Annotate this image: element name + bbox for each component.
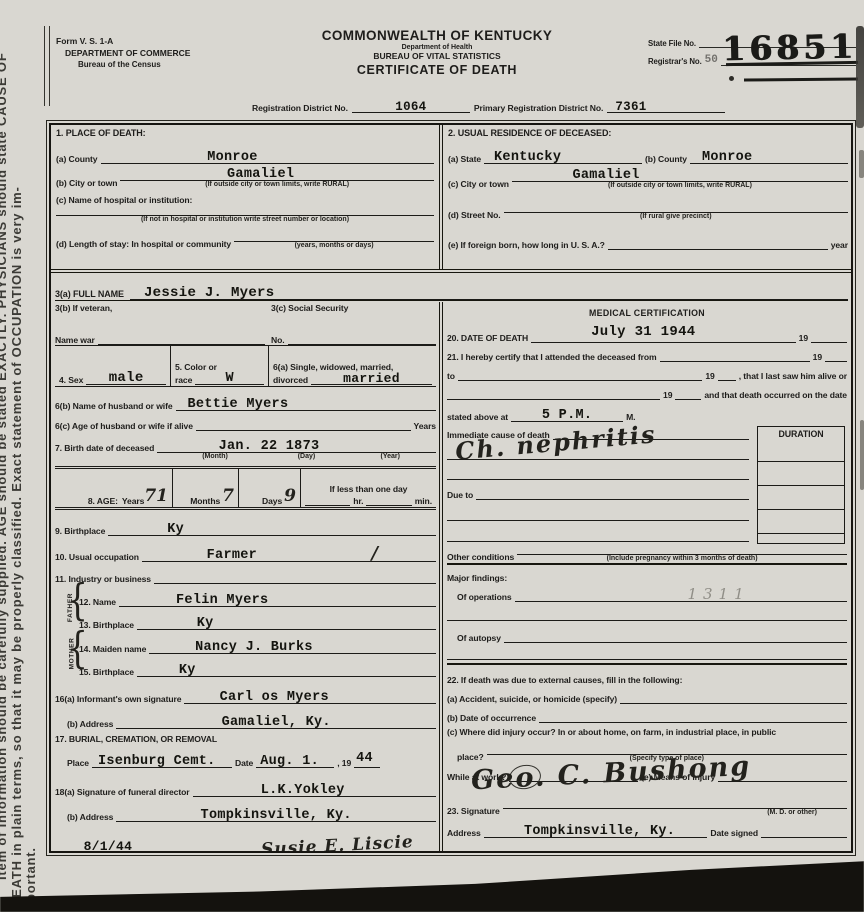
birth-date-label: 7. Birth date of deceased <box>55 443 154 453</box>
city-label: (b) City or town <box>56 178 117 188</box>
physician-address-row: Address Tompkinsville, Ky. Date signed <box>447 816 847 838</box>
age-days-value: 9 <box>284 486 296 506</box>
physician-sig-hint: (M. D. or other) <box>503 809 847 816</box>
veteran-line <box>98 336 265 345</box>
informant-addr-label: (b) Address <box>67 719 113 729</box>
city-row: (b) City or town Gamaliel (If outside ci… <box>56 164 434 188</box>
street-row: (d) Street No. (If rural give precinct) <box>448 189 848 220</box>
spouse-age-line <box>196 422 411 431</box>
burial-place-value: Isenburg Cemt. <box>98 754 216 769</box>
margin-note-line3: portant. <box>23 847 38 902</box>
stay-label: (d) Length of stay: In hospital or commu… <box>56 239 231 249</box>
cause-line-3 <box>447 460 749 480</box>
res-city-value: Gamaliel <box>572 168 639 183</box>
external-a-row: (a) Accident, suicide, or homicide (spec… <box>447 685 847 704</box>
foreign-suffix: year <box>831 240 848 250</box>
date-of-death-value: July 31 1944 <box>591 324 695 340</box>
duration-line-1 <box>758 461 844 462</box>
occupation-line: Farmer / <box>142 553 436 562</box>
hospital-label: (c) Name of hospital or institution: <box>56 188 434 205</box>
due-to-line-3 <box>447 521 749 542</box>
birthplace-line: Ky <box>108 527 436 536</box>
time-of-death-line: 5 P.M. <box>511 413 623 422</box>
informant-address-row: (b) Address Gamaliel, Ky. <box>55 704 436 729</box>
reg-district-line: 1064 <box>352 98 470 113</box>
medical-divider-1 <box>447 563 847 567</box>
scan-artifact-right-2 <box>860 420 864 490</box>
autopsy-label: Of autopsy <box>457 633 501 643</box>
due-to-label: Due to <box>447 490 473 500</box>
sex-line: male <box>86 376 166 385</box>
commonwealth-title: COMMONWEALTH OF KENTUCKY <box>292 28 582 43</box>
medical-divider-2 <box>447 663 847 667</box>
registrar-label: 19(a) <box>55 850 75 851</box>
race-label-1: 5. Color or <box>175 362 264 372</box>
physician-addr-value: Tompkinsville, Ky. <box>524 824 675 839</box>
ink-dot <box>729 76 734 81</box>
street-label: (d) Street No. <box>448 210 501 220</box>
res-city-label: (c) City or town <box>448 179 509 189</box>
scan-artifact-top-right <box>856 26 864 128</box>
industry-row: 11. Industry or business <box>55 562 436 584</box>
other-conditions-row: Other conditions (Include pregnancy with… <box>447 544 847 562</box>
major-findings-block: Major findings: Of operations 1311 <box>447 568 847 622</box>
burial-year-line: 44 <box>354 759 380 768</box>
bureau-name: Bureau of the Census <box>78 60 190 69</box>
age-years-value: 71 <box>144 486 168 506</box>
date-of-death-suffix-line <box>811 334 847 343</box>
form-inner-border: 1. PLACE OF DEATH: (a) County Monroe (b)… <box>49 123 853 853</box>
street-hint: (If rural give precinct) <box>504 213 848 220</box>
res-county-value: Monroe <box>702 150 752 165</box>
reg-district-value: 1064 <box>395 100 426 114</box>
mother-name-line: Nancy J. Burks <box>149 645 436 654</box>
physician-addr-label: Address <box>447 828 481 838</box>
race-line: W <box>195 376 264 385</box>
director-value: L.K.Yokley <box>261 783 345 798</box>
occupation-stray-mark: / <box>371 543 378 564</box>
date-signed-label: Date signed <box>710 828 758 838</box>
right-column: MEDICAL CERTIFICATION 20. DATE OF DEATH … <box>447 303 847 851</box>
director-addr-line: Tompkinsville, Ky. <box>116 813 436 822</box>
section-divider-rule <box>51 269 851 273</box>
veteran-label: 3(b) If veteran, <box>55 303 265 313</box>
res-state-value: Kentucky <box>494 150 561 165</box>
foreign-line <box>608 241 828 250</box>
date-of-death-row: 20. DATE OF DEATH July 31 1944 19 <box>447 323 847 343</box>
burial-year-value: 44 <box>356 751 373 766</box>
mother-name-value: Nancy J. Burks <box>195 640 313 655</box>
res-city-hint: (If outside city or town limits, write R… <box>512 182 848 189</box>
res-state-label: (a) State <box>448 154 481 164</box>
autopsy-line-2 <box>447 643 847 660</box>
physician-sig-label: 23. Signature <box>447 806 500 816</box>
full-name-line: Jessie J. Myers <box>130 291 848 300</box>
scan-artifact-bottom <box>0 858 864 912</box>
registrar-signature-line: Susie E. Liscie <box>246 844 436 851</box>
place-of-death-title: 1. PLACE OF DEATH: <box>56 128 434 143</box>
certify-3-rest: and that death occurred on the date <box>704 390 847 400</box>
due-to-line-1 <box>476 491 749 500</box>
father-birthplace-row: 13. Birthplace Ky <box>79 607 436 630</box>
res-city-row: (c) City or town Gamaliel (If outside ci… <box>448 164 848 189</box>
registration-district-row: Registration District No. 1064 Primary R… <box>252 98 817 113</box>
medical-cert-title-row: MEDICAL CERTIFICATION <box>447 303 847 323</box>
place-of-death-section: 1. PLACE OF DEATH: (a) County Monroe (b)… <box>56 128 434 249</box>
ss-line-label: No. <box>271 335 285 345</box>
due-to-line-2 <box>447 500 749 521</box>
external-c-label-2: place? <box>457 752 484 762</box>
duration-line-3 <box>758 509 844 510</box>
external-b-row: (b) Date of occurrence <box>447 704 847 723</box>
marital-line: married <box>311 376 432 385</box>
age-hr-line <box>305 497 350 506</box>
certify-1-line <box>660 353 810 362</box>
column-divider-top <box>439 125 443 269</box>
date-received-value: 8/1/44 <box>84 839 133 851</box>
birth-date-value: Jan. 22 1873 <box>219 439 320 454</box>
veteran-ss-row: 3(b) If veteran, Name war 3(c) Social Se… <box>55 303 436 346</box>
physician-signature-row: 23. Signature (M. D. or other) Geo. C. B… <box>447 782 847 816</box>
operations-line: 1311 <box>515 593 847 602</box>
stamp-underline-2 <box>744 78 858 82</box>
registrar-signature: Susie E. Liscie <box>261 832 415 851</box>
spouse-line: Bettie Myers <box>176 402 436 411</box>
age-min-line <box>366 497 411 506</box>
external-c-label-1: (c) Where did injury occur? In or about … <box>447 723 847 737</box>
age-row: 8. AGE: Years 71 Months 7 Days 9 If less… <box>55 469 436 510</box>
informant-row: 16(a) Informant's own signature Carl os … <box>55 678 436 704</box>
funeral-director-row: 18(a) Signature of funeral director L.K.… <box>55 773 436 797</box>
certify-3-prefix-line <box>675 391 701 400</box>
certify-2-suffix: 19 <box>705 371 714 381</box>
street-line <box>504 204 848 213</box>
scan-artifact-right-1 <box>859 150 864 178</box>
duration-line-2 <box>758 485 844 486</box>
form-number: Form V. S. 1-A <box>56 36 190 46</box>
occupation-value: Farmer <box>207 548 257 563</box>
mother-bp-value: Ky <box>179 663 196 678</box>
duration-label: DURATION <box>758 429 844 439</box>
certify-3-line <box>447 391 660 400</box>
full-name-value: Jessie J. Myers <box>144 285 275 301</box>
column-divider-main <box>439 302 443 851</box>
birth-date-row: 7. Birth date of deceased Jan. 22 1873 (… <box>55 431 436 469</box>
certify-row-1: 21. I hereby certify that I attended the… <box>447 343 847 362</box>
form-id-block: Form V. S. 1-A DEPARTMENT OF COMMERCE Bu… <box>56 36 190 69</box>
occupation-label: 10. Usual occupation <box>55 552 139 562</box>
primary-district-line: 7361 <box>607 98 725 113</box>
medical-cert-title: MEDICAL CERTIFICATION <box>589 308 705 318</box>
stay-hint: (years, months or days) <box>234 242 434 249</box>
full-name-row: 3(a) FULL NAME Jessie J. Myers <box>55 275 848 301</box>
city-line: Gamaliel <box>120 172 434 181</box>
burial-place-line: Isenburg Cemt. <box>92 759 232 768</box>
age-years-label: Years <box>122 496 144 506</box>
certify-4-label: stated above at <box>447 412 508 422</box>
registrar-row: 19(a) 8/1/44 (Date received by local reg… <box>55 822 436 851</box>
county-value: Monroe <box>207 150 257 165</box>
city-hint: (If outside city or town limits, write R… <box>120 181 434 188</box>
industry-line <box>154 575 436 584</box>
external-causes-title: 22. If death was due to external causes,… <box>447 668 847 685</box>
full-name-label: 3(a) FULL NAME <box>55 289 124 299</box>
informant-addr-line: Gamaliel, Ky. <box>116 720 436 729</box>
date-of-death-label: 20. DATE OF DEATH <box>447 333 528 343</box>
certify-1-suffix-line <box>825 353 847 362</box>
external-c-line <box>487 746 847 755</box>
birth-hint-day: (Day) <box>298 453 316 460</box>
physician-signature-line <box>503 800 847 809</box>
certify-2-suffix-line <box>718 372 736 381</box>
operations-label: Of operations <box>457 592 512 602</box>
title-block: COMMONWEALTH OF KENTUCKY Department of H… <box>292 28 582 77</box>
county-line: Monroe <box>101 155 435 164</box>
certify-2-rest: , that I last saw him alive or <box>739 371 847 381</box>
father-bp-value: Ky <box>197 616 214 631</box>
primary-district-value: 7361 <box>615 100 646 114</box>
reg-district-label: Registration District No. <box>252 103 348 113</box>
birthplace-label: 9. Birthplace <box>55 526 105 536</box>
state-county-row: (a) State Kentucky (b) County Monroe <box>448 143 848 164</box>
father-name-line: Felin Myers <box>119 598 436 607</box>
date-of-death-suffix: 19 <box>799 333 808 343</box>
residence-section: 2. USUAL RESIDENCE OF DECEASED: (a) Stat… <box>448 128 848 250</box>
spouse-value: Bettie Myers <box>188 397 289 412</box>
director-addr-value: Tompkinsville, Ky. <box>201 808 352 823</box>
sex-race-marital-row: 4. Sexmale 5. Color or raceW 6(a) Single… <box>55 346 436 387</box>
parents-block: FATHER { MOTHER { 12. Name Felin Myers 1… <box>55 584 436 678</box>
major-findings-label: Major findings: <box>447 568 847 583</box>
father-bp-line: Ky <box>137 621 436 630</box>
burial-title: 17. BURIAL, CREMATION, OR REMOVAL <box>55 729 436 744</box>
operations-line-2 <box>447 602 847 621</box>
certify-2-line <box>458 372 702 381</box>
registrar-b-label: (b) <box>233 850 244 851</box>
other-conditions-hint: (Include pregnancy within 3 months of de… <box>517 555 847 562</box>
father-name-row: 12. Name Felin Myers <box>79 584 436 607</box>
birthplace-value: Ky <box>167 522 184 537</box>
race-label-2: race <box>175 375 192 385</box>
res-city-line: Gamaliel <box>512 173 848 182</box>
primary-district-label: Primary Registration District No. <box>474 103 603 113</box>
form-outer-border: 1. PLACE OF DEATH: (a) County Monroe (b)… <box>46 120 856 856</box>
mother-brace: { <box>67 622 88 673</box>
certify-row-3: 19 and that death occurred on the date <box>447 381 847 400</box>
burial-date-label: Date <box>235 758 253 768</box>
time-of-death-value: 5 P.M. <box>542 408 592 423</box>
left-column: 3(b) If veteran, Name war 3(c) Social Se… <box>55 303 436 851</box>
marital-value: married <box>343 371 400 386</box>
veteran-line-label: Name war <box>55 335 95 345</box>
informant-line: Carl os Myers <box>184 695 436 704</box>
res-county-label: (b) County <box>645 154 687 164</box>
external-b-line <box>539 714 847 723</box>
spouse-row: 6(b) Name of husband or wife Bettie Myer… <box>55 387 436 411</box>
father-name-value: Felin Myers <box>176 593 268 608</box>
foreign-label: (e) If foreign born, how long in U. S. A… <box>448 240 605 250</box>
physician-addr-line: Tompkinsville, Ky. <box>484 829 708 838</box>
res-county-line: Monroe <box>690 155 848 164</box>
stay-line <box>234 233 434 242</box>
burial-place-label: Place <box>67 758 89 768</box>
vital-statistics: BUREAU OF VITAL STATISTICS <box>292 51 582 61</box>
stay-row: (d) Length of stay: In hospital or commu… <box>56 227 434 249</box>
age-min-label: min. <box>415 496 432 506</box>
city-value: Gamaliel <box>227 167 294 182</box>
age-days-label: Days <box>262 496 282 506</box>
occupation-row: 10. Usual occupation Farmer / <box>55 536 436 562</box>
page-edge-mark <box>44 26 50 106</box>
burial-date-value: Aug. 1. <box>260 754 319 769</box>
department-name: DEPARTMENT OF COMMERCE <box>65 48 190 58</box>
director-line: L.K.Yokley <box>193 788 436 797</box>
registrar-no-value: 50 <box>705 54 718 66</box>
informant-value: Carl os Myers <box>220 690 329 705</box>
date-of-death-line: July 31 1944 <box>531 334 796 343</box>
external-b-label: (b) Date of occurrence <box>447 713 536 723</box>
mother-bp-line: Ky <box>137 668 436 677</box>
marital-label-2: divorced <box>273 375 308 385</box>
certify-1-suffix: 19 <box>813 352 822 362</box>
death-certificate-page: item of information should be carefully … <box>0 0 864 912</box>
sex-value: male <box>109 370 144 386</box>
race-value: W <box>225 371 233 386</box>
spouse-label: 6(b) Name of husband or wife <box>55 401 173 411</box>
date-received-line: 8/1/44 <box>78 844 230 851</box>
burial-year-prefix: , 19 <box>337 758 351 768</box>
state-file-label: State File No. <box>648 39 696 48</box>
other-conditions-line <box>517 546 847 555</box>
other-conditions-label: Other conditions <box>447 552 514 562</box>
informant-label: 16(a) Informant's own signature <box>55 694 181 704</box>
residence-title: 2. USUAL RESIDENCE OF DECEASED: <box>448 128 848 143</box>
sex-label: 4. Sex <box>59 375 83 385</box>
age-hr-label: hr. <box>353 496 363 506</box>
informant-addr-value: Gamaliel, Ky. <box>222 715 331 730</box>
margin-note-line1: item of information should be carefully … <box>0 52 9 880</box>
director-label: 18(a) Signature of funeral director <box>55 787 190 797</box>
age-less-label: If less than one day <box>305 484 432 494</box>
birth-date-line: Jan. 22 1873 <box>157 444 436 453</box>
registrar-no-label: Registrar's No. <box>648 57 702 66</box>
certify-1-label: 21. I hereby certify that I attended the… <box>447 352 657 362</box>
mother-name-label: 14. Maiden name <box>79 644 146 654</box>
father-brace: { <box>67 574 88 625</box>
duration-line-4 <box>758 533 844 534</box>
spouse-age-label: 6(c) Age of husband or wife if alive <box>55 421 193 431</box>
res-state-line: Kentucky <box>484 155 642 164</box>
birth-hint-year: (Year) <box>381 453 400 460</box>
certify-row-2: to 19 , that I last saw him alive or <box>447 362 847 381</box>
autopsy-block: Of autopsy <box>447 622 847 662</box>
hospital-line <box>56 205 434 216</box>
age-months-value: 7 <box>222 486 234 506</box>
certify-3-prefix: 19 <box>663 390 672 400</box>
certificate-title: CERTIFICATE OF DEATH <box>292 63 582 77</box>
foreign-born-row: (e) If foreign born, how long in U. S. A… <box>448 220 848 250</box>
spouse-age-suffix: Years <box>414 421 436 431</box>
ss-label: 3(c) Social Security <box>271 303 436 313</box>
mother-name-row: 14. Maiden name Nancy J. Burks <box>79 630 436 654</box>
county-label: (a) County <box>56 154 98 164</box>
age-months-label: Months <box>190 496 220 506</box>
age-label: 8. AGE: <box>88 496 118 506</box>
cause-of-death-block: Immediate cause of death Due to Ch. neph… <box>447 422 847 544</box>
margin-note-line2: DEATH in plain terms, so that it may be … <box>9 186 24 908</box>
certify-row-4: stated above at 5 P.M. M. <box>447 400 847 422</box>
external-a-label: (a) Accident, suicide, or homicide (spec… <box>447 694 617 704</box>
duration-box: DURATION <box>757 426 845 544</box>
operations-pencil-note: 1311 <box>687 585 749 603</box>
director-addr-label: (b) Address <box>67 812 113 822</box>
burial-block: 17. BURIAL, CREMATION, OR REMOVAL Place … <box>55 729 436 773</box>
hospital-hint: (If not in hospital or institution write… <box>56 216 434 227</box>
mother-birthplace-row: 15. Birthplace Ky <box>79 654 436 677</box>
autopsy-line <box>504 634 847 643</box>
birthplace-row: 9. Birthplace Ky <box>55 510 436 536</box>
dept-health: Department of Health <box>292 44 582 51</box>
date-signed-line <box>761 829 847 838</box>
director-address-row: (b) Address Tompkinsville, Ky. <box>55 797 436 822</box>
county-row: (a) County Monroe <box>56 143 434 164</box>
spouse-age-row: 6(c) Age of husband or wife if alive Yea… <box>55 411 436 431</box>
birth-hint-month: (Month) <box>202 453 228 460</box>
burial-date-line: Aug. 1. <box>256 759 334 768</box>
certify-2-label: to <box>447 371 455 381</box>
external-a-line <box>620 695 847 704</box>
ss-line <box>288 336 436 345</box>
